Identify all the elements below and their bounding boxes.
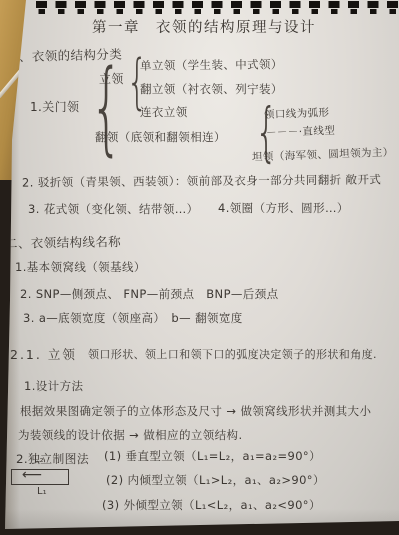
stand-collar-type-3: 连衣立领 xyxy=(140,104,188,120)
section21-note: 领口形状、领上口和领下口的弧度决定领子的形状和角度. xyxy=(88,346,377,362)
stand-collar-type-1: 单立领（学生装、中式领） xyxy=(140,56,283,73)
binding-holes-icon xyxy=(36,9,399,14)
stand-collar-type-2: 翻立领（衬衣领、列宁装） xyxy=(140,81,283,97)
design-method-line1: 根据效果图确定领子的立体形态及尺寸 → 做领窝线形状并测其大小 xyxy=(20,403,371,419)
closed-collar-label: 1.关门领 xyxy=(30,98,79,115)
diagram-top-label: L₂ xyxy=(34,454,44,465)
stand-collar-label: 立领 xyxy=(99,70,124,87)
section21-heading: 2.1. 立领 xyxy=(10,345,77,363)
section2-heading: 二、衣领结构线名称 xyxy=(5,232,121,252)
section1-item2: 2. 驳折领（青果领、西装领）：领前部及衣身一部分共同翻折 敞开式 xyxy=(22,171,381,190)
design-method-line2: 为装领线的设计依据 → 做相应的立领结构. xyxy=(18,427,243,443)
stand-collar-case-3: (3) 外倾型立领（L₁<L₂，a₁、a₂<90°） xyxy=(102,497,321,513)
section2-item2: 2. SNP—侧颈点、 FNP—前颈点 BNP—后颈点 xyxy=(20,286,279,302)
drafting-method-heading: 2.独立制图法 xyxy=(16,450,89,467)
turn-collar-note-2: －－－·直线型 xyxy=(266,123,336,140)
page-title: 第一章 衣领的结构原理与设计 xyxy=(92,16,316,37)
section2-item1: 1.基本领窝线（领基线） xyxy=(15,259,146,275)
turn-collar-note-1: 领口线为弧形 xyxy=(264,105,330,122)
notebook-photo: 第一章 衣领的结构原理与设计 一、衣领的结构分类 1.关门领 { 立领 { 单立… xyxy=(0,0,399,535)
section1-item3: 3. 花式领（变化领、结带领…） xyxy=(28,201,199,217)
left-arrow-icon: ⟵ xyxy=(22,467,42,483)
turn-collar-label: 翻领（底领和翻领相连） xyxy=(95,129,226,145)
section2-item3: 3. a—底领宽度（领座高） b— 翻领宽度 xyxy=(23,310,243,326)
section1-item4: 4.领圈（方形、圆形…） xyxy=(218,200,349,216)
notebook-page: 第一章 衣领的结构原理与设计 一、衣领的结构分类 1.关门领 { 立领 { 单立… xyxy=(0,0,399,535)
design-method-heading: 1.设计方法 xyxy=(24,378,83,394)
stand-collar-case-2: (2) 内倾型立领（L₁>L₂，a₁、a₂>90°） xyxy=(106,472,325,488)
stand-collar-case-1: (1) 垂直型立领（L₁=L₂，a₁=a₂=90°） xyxy=(104,448,321,464)
diagram-bottom-label: L₁ xyxy=(37,486,47,497)
binding-holes-icon xyxy=(36,1,399,8)
